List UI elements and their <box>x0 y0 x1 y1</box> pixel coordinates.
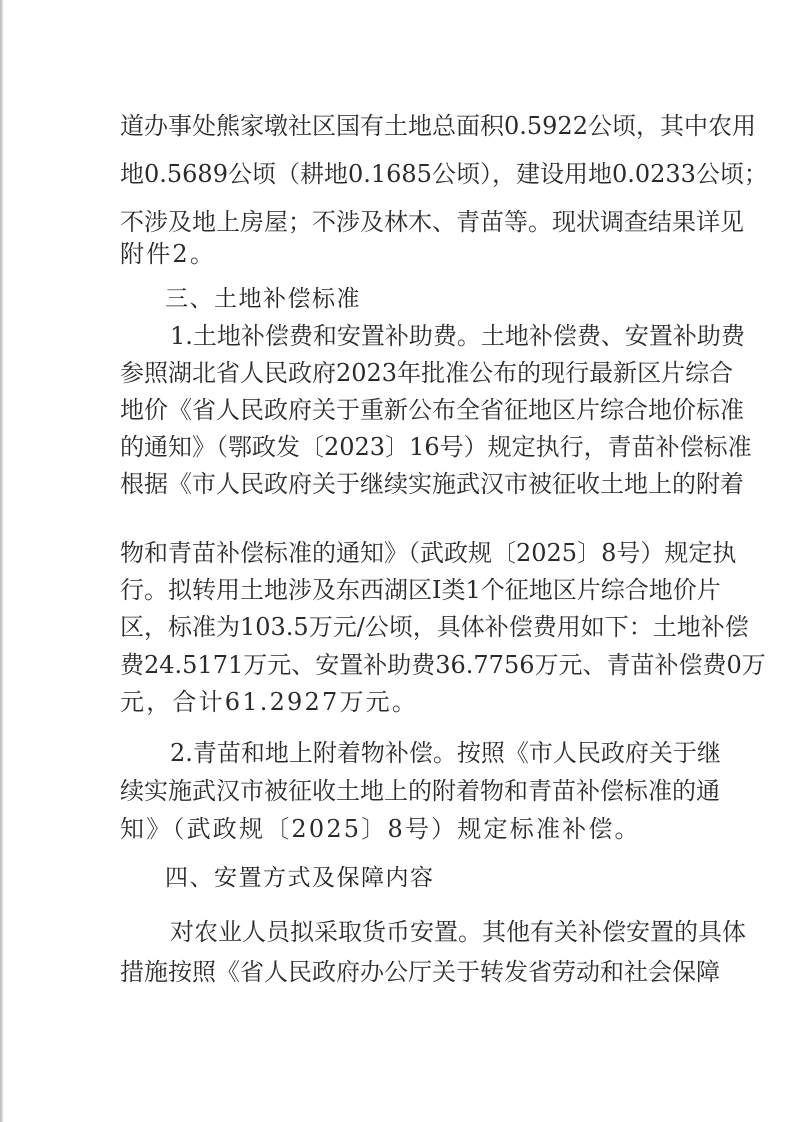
document-page: 道办事处熊家墩社区国有土地总面积0.5922公顷，其中农用 地0.5689公顷（… <box>0 0 794 1122</box>
text-line: 的通知》（鄂政发〔2023〕16号）规定执行，青苗补偿标准 <box>120 432 676 462</box>
text-line: 地价《省人民政府关于重新公布全省征地区片综合地价标准 <box>120 395 676 425</box>
text-line: 知》（武政规〔2025〕8号）规定标准补偿。 <box>120 814 641 844</box>
text-line: 参照湖北省人民政府2023年批准公布的现行最新区片综合 <box>120 358 676 388</box>
text-line: 2.青苗和地上附着物补偿。按照《市人民政府关于继 <box>170 738 676 768</box>
text-line: 不涉及地上房屋；不涉及林木、青苗等。现状调查结果详见 <box>120 207 676 237</box>
text-line: 元，合计61.2927万元。 <box>120 687 418 717</box>
text-line: 行。拟转用土地涉及东西湖区Ⅰ类1个征地区片综合地价片 <box>120 575 676 605</box>
text-line: 费24.5171万元、安置补助费36.7756万元、青苗补偿费0万 <box>120 650 676 680</box>
text-line: 物和青苗补偿标准的通知》（武政规〔2025〕8号）规定执 <box>120 538 676 568</box>
section-heading-resettlement: 四、安置方式及保障内容 <box>165 863 435 893</box>
text-line: 地0.5689公顷（耕地0.1685公顷），建设用地0.0233公顷； <box>120 159 676 189</box>
text-line: 1.土地补偿费和安置补助费。土地补偿费、安置补助费 <box>170 321 676 351</box>
text-line: 根据《市人民政府关于继续实施武汉市被征收土地上的附着 <box>120 469 676 499</box>
section-heading-compensation-standard: 三、土地补偿标准 <box>165 284 361 314</box>
text-line: 对农业人员拟采取货币安置。其他有关补偿安置的具体 <box>170 917 676 947</box>
text-line: 措施按照《省人民政府办公厅关于转发省劳动和社会保障 <box>120 957 676 987</box>
text-line: 续实施武汉市被征收土地上的附着物和青苗补偿标准的通 <box>120 776 676 806</box>
text-line: 附件2。 <box>120 239 216 269</box>
text-line: 道办事处熊家墩社区国有土地总面积0.5922公顷，其中农用 <box>120 111 676 141</box>
text-line: 区，标准为103.5万元/公顷，具体补偿费用如下：土地补偿 <box>120 612 676 642</box>
